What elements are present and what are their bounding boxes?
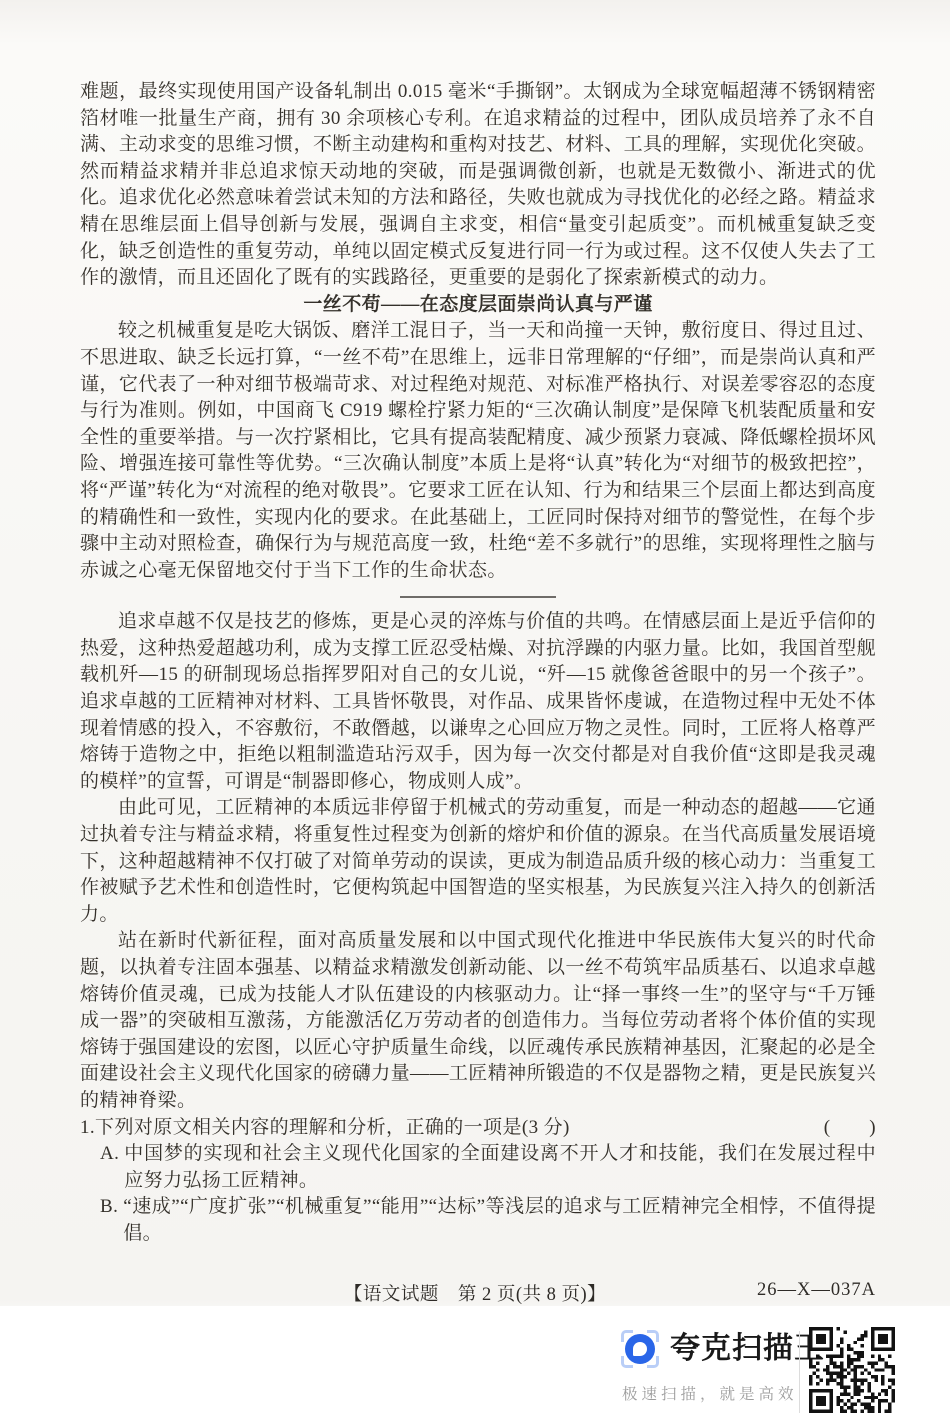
article-section-heading: 一丝不苟——在态度层面崇尚认真与严谨 — [80, 292, 876, 319]
scanned-exam-page: 难题，最终实现使用国产设备轧制出 0.015 毫米“手撕钢”。太钢成为全球宽幅超… — [0, 0, 950, 1418]
question-1-stem: 1.下列对原文相关内容的理解和分析，正确的一项是(3 分) ( ) — [80, 1115, 876, 1142]
option-b-label: B. — [100, 1194, 118, 1247]
qr-code-svg — [806, 1327, 898, 1413]
option-b-text: “速成”“广度扩张”“机械重复”“能用”“达标”等浅层的追求与工匠精神完全相悖，… — [123, 1194, 876, 1247]
answer-bracket: ( ) — [824, 1115, 876, 1142]
exam-body: 难题，最终实现使用国产设备轧制出 0.015 毫米“手撕钢”。太钢成为全球宽幅超… — [80, 79, 876, 1248]
option-a-label: A. — [100, 1141, 119, 1194]
badge-vertical-separator — [799, 1331, 800, 1413]
article-paragraph-5: 站在新时代新征程，面对高质量发展和以中国式现代化推进中华民族伟大复兴的时代命题，… — [80, 928, 876, 1114]
page-footer: 【语文试题 第 2 页(共 8 页)】 26—X—037A — [0, 1280, 950, 1304]
scanner-app-name: 夸克扫描王 — [670, 1332, 825, 1366]
section-divider-line — [400, 596, 556, 598]
quark-white-blob-icon — [633, 1342, 647, 1356]
question-1-option-b: B. “速成”“广度扩张”“机械重复”“能用”“达标”等浅层的追求与工匠精神完全… — [80, 1194, 876, 1247]
scanner-tagline: 极速扫描，就是高效 — [622, 1382, 798, 1404]
article-paragraph-1: 难题，最终实现使用国产设备轧制出 0.015 毫米“手撕钢”。太钢成为全球宽幅超… — [80, 79, 876, 292]
question-1-option-a: A. 中国梦的实现和社会主义现代化国家的全面建设离不开人才和技能，我们在发展过程… — [80, 1141, 876, 1194]
article-paragraph-2: 较之机械重复是吃大锅饭、磨洋工混日子，当一天和尚撞一天钟，敷衍度日、得过且过、不… — [80, 318, 876, 584]
article-paragraph-4: 由此可见，工匠精神的本质远非停留于机械式的劳动重复，而是一种动态的超越——它通过… — [80, 795, 876, 928]
article-paragraph-3: 追求卓越不仅是技艺的修炼，更是心灵的淬炼与价值的共鸣。在情感层面上是近乎信仰的热… — [80, 609, 876, 795]
quark-scanner-logo-icon — [621, 1330, 659, 1368]
option-a-text: 中国梦的实现和社会主义现代化国家的全面建设离不开人才和技能，我们在发展过程中应努… — [124, 1141, 876, 1194]
question-1-text: 1.下列对原文相关内容的理解和分析，正确的一项是(3 分) — [80, 1115, 570, 1142]
footer-paper-code: 26—X—037A — [757, 1280, 876, 1301]
qr-code — [806, 1327, 898, 1413]
